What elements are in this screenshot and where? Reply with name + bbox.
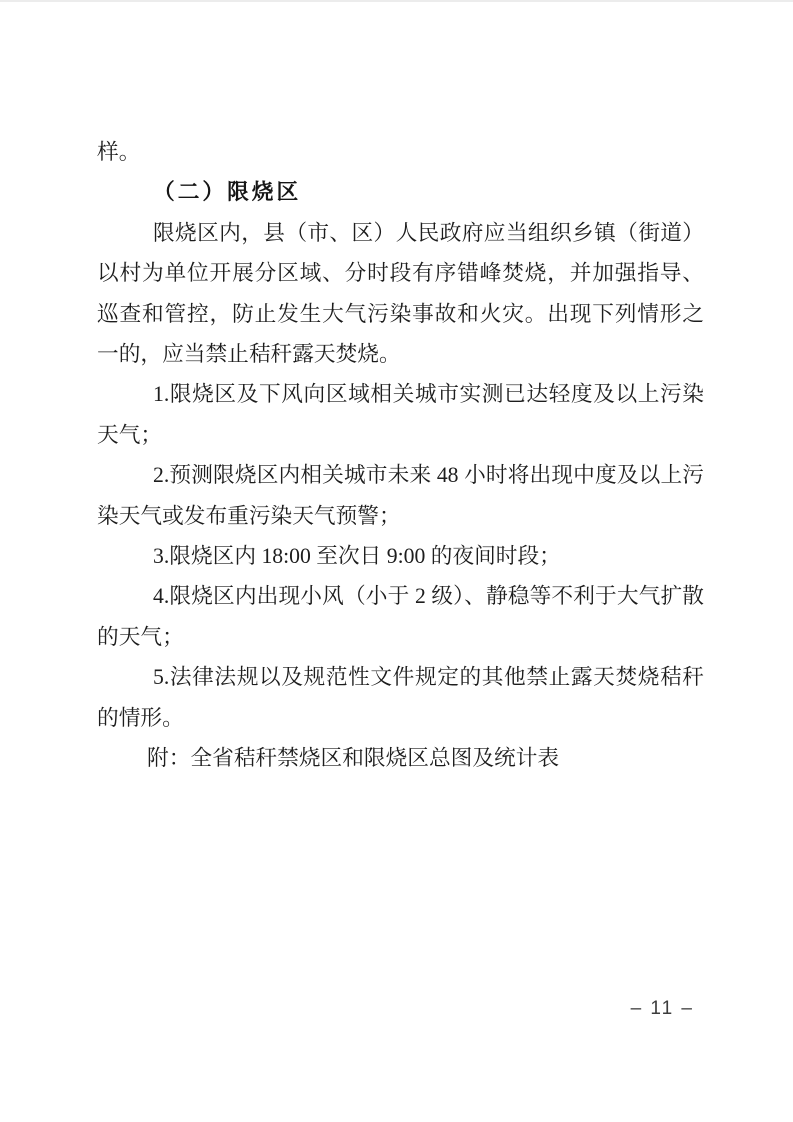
attachment-note: 附：全省秸秆禁烧区和限烧区总图及统计表 — [97, 738, 704, 778]
page-number: – 11 – — [631, 996, 694, 1022]
list-item-5: 5.法律法规以及规范性文件规定的其他禁止露天焚烧秸秆的情形。 — [97, 657, 704, 738]
list-item-2: 2.预测限烧区内相关城市未来 48 小时将出现中度及以上污染天气或发布重污染天气… — [97, 455, 704, 536]
scan-edge-artifact — [0, 0, 793, 2]
section-heading: （二）限烧区 — [97, 172, 704, 212]
document-page: 样。 （二）限烧区 限烧区内，县（市、区）人民政府应当组织乡镇（街道）以村为单位… — [0, 0, 793, 1122]
list-item-4: 4.限烧区内出现小风（小于 2 级）、静稳等不利于大气扩散的天气； — [97, 576, 704, 657]
intro-paragraph: 限烧区内，县（市、区）人民政府应当组织乡镇（街道）以村为单位开展分区域、分时段有… — [97, 213, 704, 375]
continuation-text: 样。 — [97, 132, 704, 172]
list-item-1: 1.限烧区及下风向区域相关城市实测已达轻度及以上污染天气； — [97, 374, 704, 455]
list-item-3: 3.限烧区内 18:00 至次日 9:00 的夜间时段； — [97, 536, 704, 576]
document-body: 样。 （二）限烧区 限烧区内，县（市、区）人民政府应当组织乡镇（街道）以村为单位… — [97, 132, 704, 779]
